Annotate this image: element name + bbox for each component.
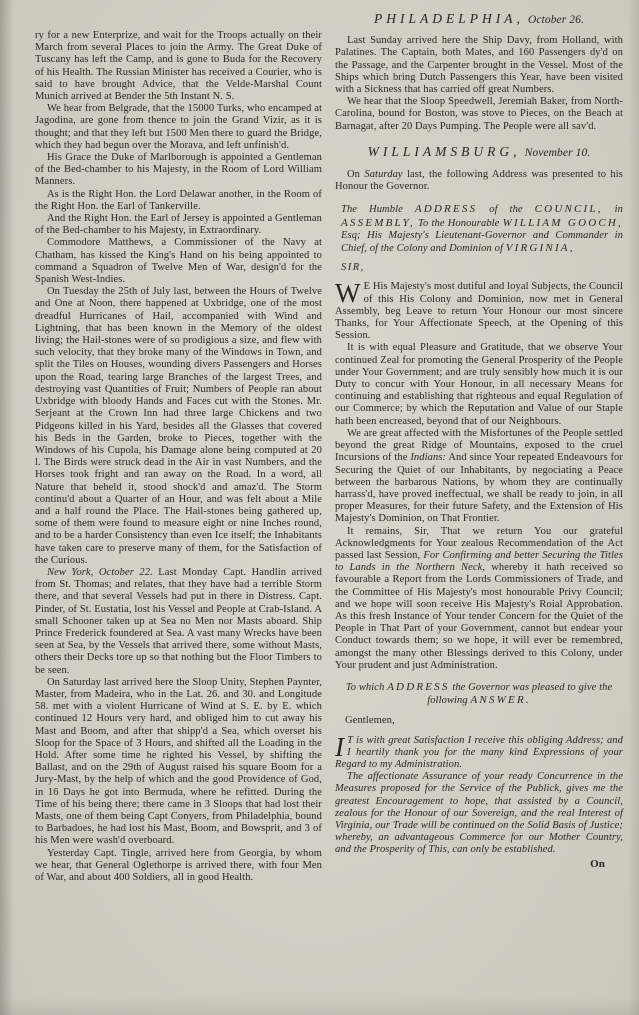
title-text: The Humble <box>341 204 415 215</box>
address-title: The Humble ADDRESS of the COUNCIL, in AS… <box>335 203 623 255</box>
salutation-gentlemen: Gentlemen, <box>335 715 623 727</box>
address-paragraph-4: It remains, Sir, That we return You our … <box>335 526 623 672</box>
newspaper-page: { "page": { "paper_color": "#d6d2c8", "i… <box>0 0 639 1015</box>
drop-cap-i: I <box>335 735 347 758</box>
paragraph-text: whereby it hath received so favourable a… <box>335 562 623 671</box>
left-column: ry for a new Enterprize, and wait for th… <box>35 30 322 884</box>
dateline-lead: New York, October 22. <box>47 567 153 578</box>
news-paragraph-newyork: New York, October 22. Last Monday Capt. … <box>35 567 322 677</box>
title-caps: ANSWER. <box>471 694 531 706</box>
news-paragraph-ship-davy: Last Sunday arrived here the Ship Davy, … <box>335 35 623 96</box>
answer-paragraph-2: The affectionate Assurance of your ready… <box>335 771 623 856</box>
title-text: of the <box>477 204 534 215</box>
paragraph-text: T is with great Satisfaction I receive t… <box>335 735 623 770</box>
news-paragraph-speedwell: We hear that the Sloop Speedwell, Jeremi… <box>335 96 623 133</box>
title-text: in <box>603 204 623 215</box>
title-text: To the Honourable <box>415 218 503 229</box>
catchword: On <box>335 858 623 870</box>
news-paragraph-belgrade: We hear from Belgrade, that the 15000 Tu… <box>35 103 322 152</box>
dateline-city: PHILADELPHIA, <box>374 11 524 26</box>
news-paragraph-hailstorm: On Tuesday the 25th of July last, betwee… <box>35 286 322 567</box>
news-paragraph-sloop-unity: On Saturday last arrived here the Sloop … <box>35 677 322 848</box>
title-caps: ASSEMBLY, <box>341 217 415 229</box>
right-column: PHILADELPHIA, October 26. Last Sunday ar… <box>335 13 623 870</box>
italic-word: Indians: <box>410 452 446 463</box>
answer-title: To which ADDRESS the Governor was please… <box>341 681 617 707</box>
paragraph-text: E His Majesty's most dutiful and loyal S… <box>335 281 623 341</box>
title-text: Esq; His Majesty's Lieutenant-Governor a… <box>341 230 623 254</box>
news-paragraph-continuation: ry for a new Enterprize, and wait for th… <box>35 30 322 103</box>
dateline-date: October 26. <box>528 14 584 26</box>
address-presented-paragraph: On Saturday last, the following Address … <box>335 169 623 193</box>
title-caps: VIRGINIA, <box>506 242 575 254</box>
paragraph-text: On <box>347 169 364 180</box>
title-text: To which <box>346 682 387 693</box>
title-caps: WILLIAM GOOCH, <box>503 217 623 229</box>
dateline-city: WILLIAMSBURG, <box>368 144 521 159</box>
title-caps: ADDRESS <box>415 203 477 215</box>
title-caps: COUNCIL, <box>535 203 603 215</box>
paragraph-text: Last Monday Capt. Handlin arrived from S… <box>35 567 322 676</box>
news-paragraph-jersey: And the Right Hon. the Earl of Jersey is… <box>35 213 322 237</box>
address-paragraph-2: It is with equal Pleasure and Gratitude,… <box>335 342 623 427</box>
drop-cap-w: W <box>335 281 364 304</box>
italic-word: Saturday <box>364 169 402 180</box>
dateline-date: November 10. <box>525 147 591 159</box>
title-caps: ADDRESS <box>387 681 449 693</box>
news-paragraph-oglethorpe: Yesterday Capt. Tingle, arrived here fro… <box>35 848 322 885</box>
address-paragraph-3: We are great affected with the Misfortun… <box>335 428 623 526</box>
news-paragraph-matthews: Commodore Matthews, a Commissioner of th… <box>35 237 322 286</box>
answer-paragraph-1: IT is with great Satisfaction I receive … <box>335 735 623 772</box>
salutation-sir: SIR, <box>335 262 623 274</box>
williamsburg-dateline: WILLIAMSBURG, November 10. <box>335 146 623 159</box>
news-paragraph-delawar: As is the Right Hon. the Lord Delawar an… <box>35 189 322 213</box>
news-paragraph-marlborough: His Grace the Duke of Marlborough is app… <box>35 152 322 189</box>
philadelphia-dateline: PHILADELPHIA, October 26. <box>335 13 623 26</box>
address-paragraph-1: WE His Majesty's most dutiful and loyal … <box>335 281 623 342</box>
